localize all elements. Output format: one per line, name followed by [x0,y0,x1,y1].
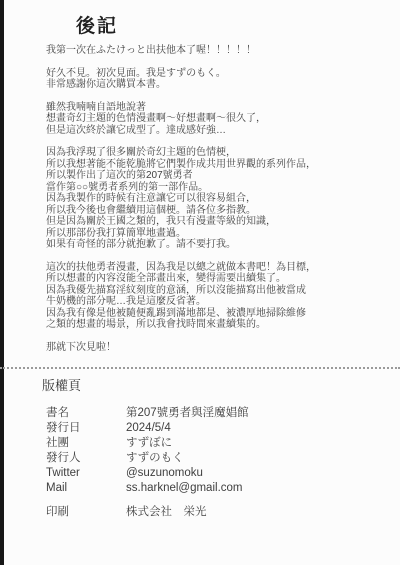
afterword-line: 當作第○○號勇者系列的第一部作品。 [46,182,376,194]
afterword-line: 這次的扶他勇者漫畫，因為我是以總之就做本書吧！為目標， [46,262,376,274]
afterword-title: 後記 [76,11,118,38]
afterword-paragraph: 雖然我喃喃自語地說著想畫奇幻主題的色情漫畫啊～好想畫啊～很久了，但是這次終於讓它… [46,102,376,137]
afterword-body: 我第一次在ふたけっと出扶他本了喔！！！！！好久不見。初次見面。我是すずのもく。非… [46,45,376,364]
afterword-paragraph: 因為我浮現了很多關於奇幻主題的色情梗，所以我想著能不能乾脆將它們製作成共用世界觀… [46,147,376,251]
scanned-afterword-page: 後記 我第一次在ふたけっと出扶他本了喔！！！！！好久不見。初次見面。我是すずのも… [0,0,400,565]
colophon-value: 2024/5/4 [126,421,376,436]
colophon-label: 發行人 [46,451,126,466]
afterword-line: 所以想畫的內容沒能全部畫出來，變得需要出續集了。 [46,273,376,285]
afterword-paragraph: 那就下次見啦！ [46,342,376,354]
afterword-line: 那就下次見啦！ [46,342,376,354]
colophon-row: 印刷株式会社 栄光 [46,505,376,520]
afterword-paragraph: 這次的扶他勇者漫畫，因為我是以總之就做本書吧！為目標，所以想畫的內容沒能全部畫出… [46,262,376,331]
page-left-edge-bar [0,0,4,565]
colophon-value: 株式会社 栄光 [126,505,376,520]
colophon-title: 版權頁 [42,375,81,394]
colophon-label: 印刷 [46,505,126,520]
afterword-line: 所以製作出了這次的第207號勇者 [46,170,376,182]
colophon-row: 發行日2024/5/4 [46,421,376,436]
colophon-value: すずぼに [126,436,376,451]
afterword-line: 我第一次在ふたけっと出扶他本了喔！！！！！ [46,45,376,57]
afterword-line: 所以我想著能不能乾脆將它們製作成共用世界觀的系列作品， [46,159,376,171]
afterword-line: 所以我今後也會繼續用這個梗。請各位多指教。 [46,205,376,217]
afterword-line: 牛奶機的部分呢…我是這麼反省著。 [46,296,376,308]
afterword-paragraph: 好久不見。初次見面。我是すずのもく。非常感謝你這次購買本書。 [46,68,376,91]
colophon-row: 書名第207號勇者與淫魔娼館 [46,406,376,421]
colophon-label: 書名 [46,406,126,421]
afterword-line: 想畫奇幻主題的色情漫畫啊～好想畫啊～很久了， [46,113,376,125]
afterword-line: 雖然我喃喃自語地說著 [46,102,376,114]
afterword-line: 如果有奇怪的部分就抱歉了。請不要打我。 [46,239,376,251]
colophon-value: すずのもく [126,451,376,466]
colophon-value: 第207號勇者與淫魔娼館 [126,406,376,421]
colophon-table: 書名第207號勇者與淫魔娼館發行日2024/5/4社團すずぼに發行人すずのもくT… [46,406,376,520]
afterword-line: 因為我優先描寫淫紋刻度的意涵，所以沒能描寫出他被當成 [46,285,376,297]
colophon-row: Mailss.harknel@gmail.com [46,481,376,496]
afterword-line: 非常感謝你這次購買本書。 [46,79,376,91]
colophon-row: 發行人すずのもく [46,451,376,466]
colophon-value: @suzunomoku [126,466,376,481]
afterword-line: 但是因為關於王國之類的，我只有漫畫等級的知識， [46,216,376,228]
colophon-row: 社團すずぼに [46,436,376,451]
colophon-value: ss.harknel@gmail.com [126,481,376,496]
colophon-row: Twitter@suzunomoku [46,466,376,481]
colophon-label: Mail [46,481,126,496]
afterword-line: 因為我製作的時候有注意讓它可以很容易組合， [46,193,376,205]
afterword-line: 但是這次終於讓它成型了。達成感好強… [46,125,376,137]
colophon-label: 社團 [46,436,126,451]
section-divider [0,367,400,369]
colophon-label: 發行日 [46,421,126,436]
afterword-paragraph: 我第一次在ふたけっと出扶他本了喔！！！！！ [46,45,376,57]
afterword-line: 所以那部份我打算簡單地畫過。 [46,228,376,240]
colophon-label: Twitter [46,466,126,481]
afterword-line: 之類的想畫的場景，所以我會找時間來畫續集的。 [46,319,376,331]
afterword-line: 因為我浮現了很多關於奇幻主題的色情梗， [46,147,376,159]
afterword-line: 好久不見。初次見面。我是すずのもく。 [46,68,376,80]
afterword-line: 因為我有像是他被隨便亂踢到滿地都是、被濃厚地掃除維修 [46,308,376,320]
